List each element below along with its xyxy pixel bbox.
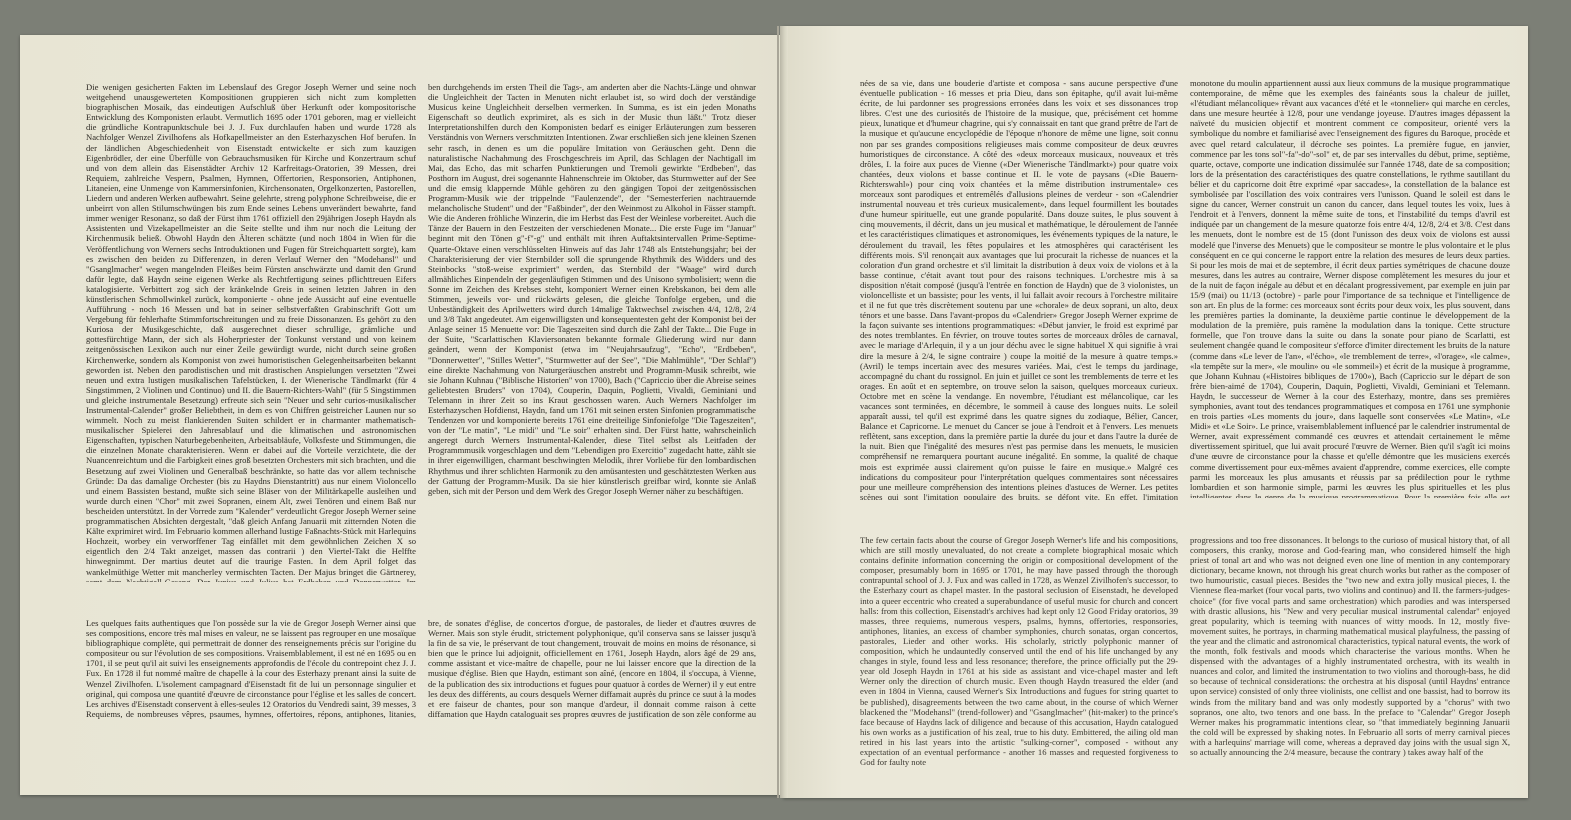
german-text-column-1: Die wenigen gesicherten Fakten im Lebens… xyxy=(86,82,416,582)
french-paragraph-2: bre, de sonates d'église, de concertos d… xyxy=(428,618,756,720)
german-paragraph-1: Die wenigen gesicherten Fakten im Lebens… xyxy=(86,82,416,582)
gutter-fold xyxy=(780,26,788,798)
german-text-column-2: ben durchgehends im ersten Theil die Tag… xyxy=(428,82,756,572)
english-paragraph-1: The few certain facts about the course o… xyxy=(860,535,1178,767)
french-text-column-3: nées de sa vie, dans une bouderie d'arti… xyxy=(860,78,1178,500)
spine-crease xyxy=(777,26,779,798)
english-text-column-2: progressions and too free dissonances. I… xyxy=(1190,535,1510,765)
french-text-column-1: Les quelques faits authentiques que l'on… xyxy=(86,618,416,720)
french-text-column-4: monotone du moulin appartiennent aussi a… xyxy=(1190,78,1510,498)
french-paragraph-1: Les quelques faits authentiques que l'on… xyxy=(86,618,416,720)
french-text-column-2: bre, de sonates d'église, de concertos d… xyxy=(428,618,756,720)
english-paragraph-2: progressions and too free dissonances. I… xyxy=(1190,535,1510,757)
french-paragraph-4: monotone du moulin appartiennent aussi a… xyxy=(1190,78,1510,498)
english-text-column-1: The few certain facts about the course o… xyxy=(860,535,1178,775)
german-paragraph-2: ben durchgehends im ersten Theil die Tag… xyxy=(428,82,756,496)
french-paragraph-3: nées de sa vie, dans une bouderie d'arti… xyxy=(860,78,1178,500)
